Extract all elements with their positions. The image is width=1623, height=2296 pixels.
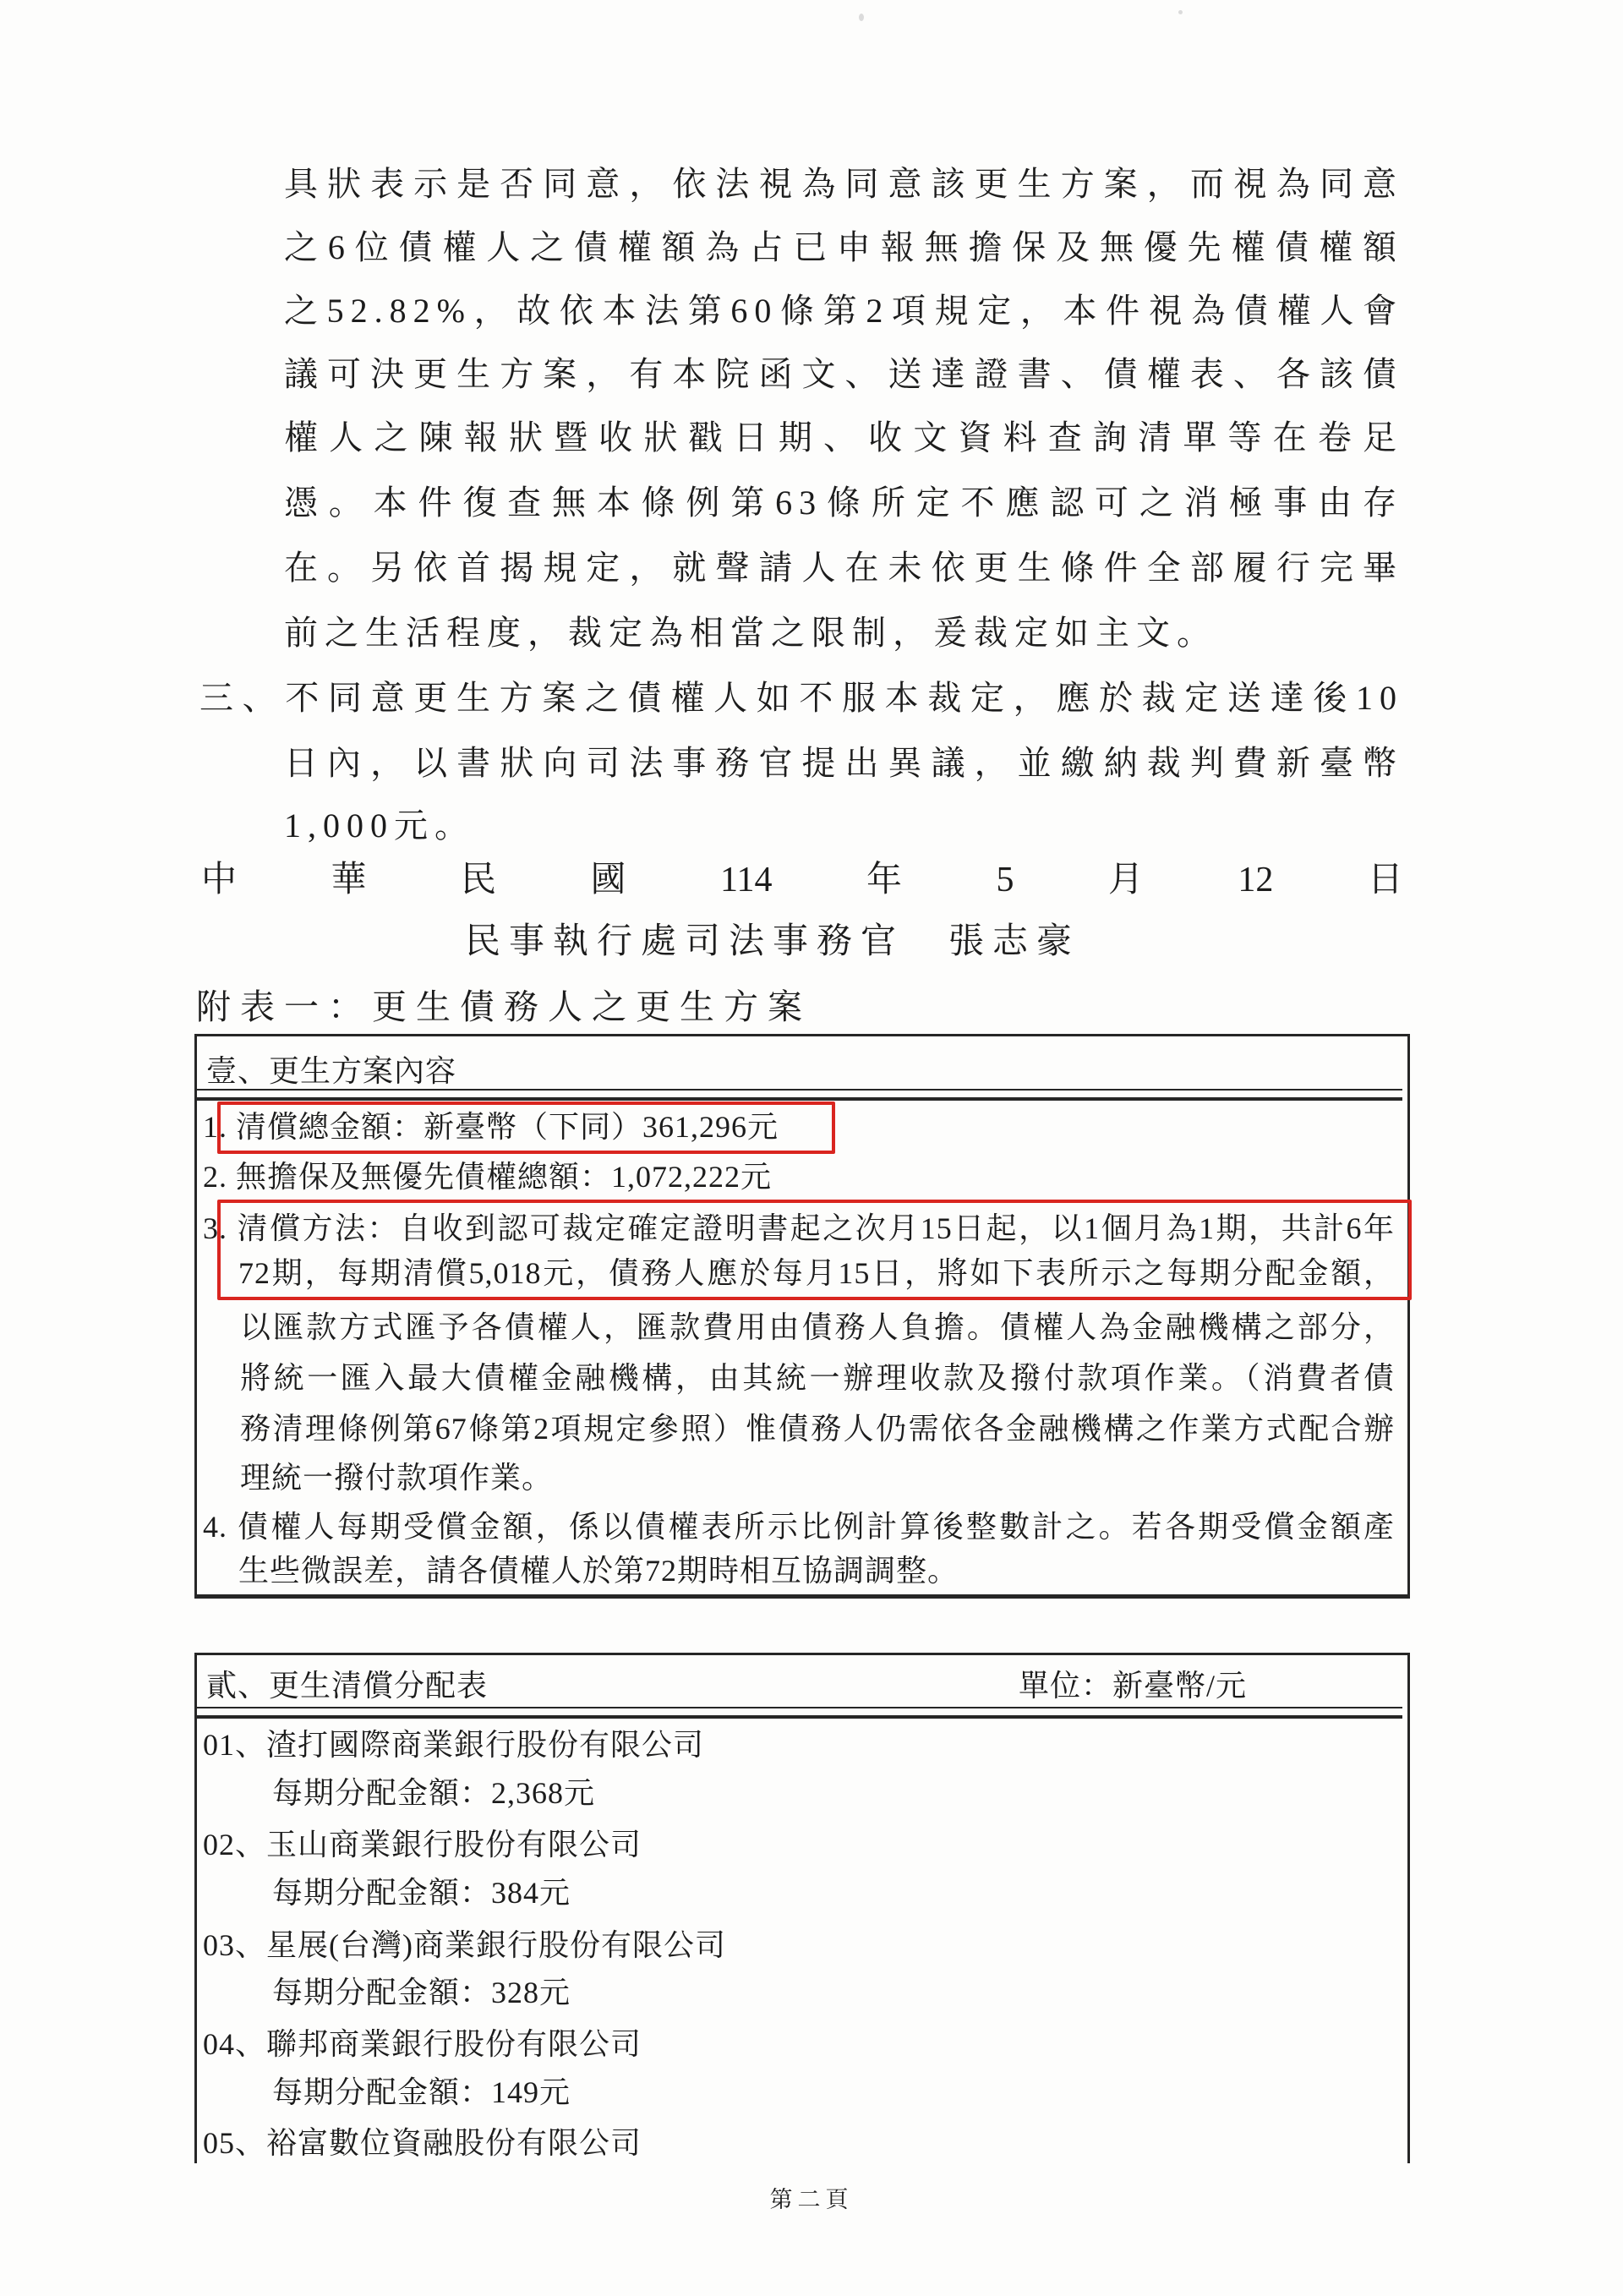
creditor-amount: 每期分配金額：384元 xyxy=(272,1873,571,1912)
table-header-rule xyxy=(197,1707,1402,1719)
creditor-row: 01、渣打國際商業銀行股份有限公司 xyxy=(203,1725,704,1764)
date-token: 華 xyxy=(331,858,367,902)
date-token-year: 114 xyxy=(720,858,772,902)
table-header-rule xyxy=(197,1089,1402,1101)
plan-item-method-line: 務清理條例第67條第2項規定參照）惟債務人仍需依各金融機構之作業方式配合辦 xyxy=(240,1409,1395,1448)
plan-table-title: 壹、更生方案內容 xyxy=(206,1052,456,1091)
creditor-row: 03、星展(台灣)商業銀行股份有限公司 xyxy=(203,1926,726,1965)
ruling-list-item-three: 三、不同意更生方案之債權人如不服本裁定，應於裁定送達後10 xyxy=(199,677,1403,719)
date-token: 中 xyxy=(201,858,237,902)
date-token-month: 5 xyxy=(996,858,1014,902)
creditor-amount: 每期分配金額：149元 xyxy=(272,2073,571,2112)
creditor-row: 05、裕富數位資融股份有限公司 xyxy=(203,2124,642,2162)
highlight-box-total-amount xyxy=(217,1102,835,1154)
ruling-text-line: 之52.82%，故依本法第60條第2項規定，本件視為債權人會 xyxy=(284,290,1403,332)
ruling-text-line: 在。另依首揭規定，就聲請人在未依更生條件全部履行完畢 xyxy=(284,547,1403,589)
ruling-text-line: 1,000元。 xyxy=(284,805,475,847)
scan-speck xyxy=(1178,10,1183,14)
ruling-text-line: 之6位債權人之債權額為占已申報無擔保及無優先權債權額 xyxy=(284,227,1403,269)
scan-speck xyxy=(859,14,864,21)
attachment-heading: 附表一：更生債務人之更生方案 xyxy=(196,985,811,1029)
plan-item-method-line: 以匯款方式匯予各債權人，匯款費用由債務人負擔。債權人為金融機構之部分， xyxy=(240,1308,1395,1347)
date-token: 月 xyxy=(1108,858,1144,902)
creditor-amount: 每期分配金額：2,368元 xyxy=(272,1774,595,1812)
plan-item-method-line: 理統一撥付款項作業。 xyxy=(240,1458,553,1497)
page-footer: 第二頁 xyxy=(0,2185,1623,2214)
plan-item-method-line: 將統一匯入最大債權金融機構，由其統一辦理收款及撥付款項作業。（消費者債 xyxy=(240,1358,1395,1397)
creditor-row: 02、玉山商業銀行股份有限公司 xyxy=(203,1825,642,1864)
date-token: 民 xyxy=(461,858,496,902)
date-line: 中 華 民 國 114 年 5 月 12 日 xyxy=(201,858,1403,902)
ruling-text-line: 權人之陳報狀暨收狀戳日期、收文資料查詢清單等在卷足 xyxy=(284,417,1403,459)
unit-label: 單位：新臺幣/元 xyxy=(1019,1666,1247,1705)
creditor-amount: 每期分配金額：328元 xyxy=(272,1973,571,2012)
distribution-table-title: 貳、更生清償分配表 xyxy=(206,1666,488,1705)
ruling-text-line: 議可決更生方案，有本院函文、送達證書、債權表、各該債 xyxy=(284,353,1403,396)
date-token: 年 xyxy=(866,858,902,902)
date-token: 國 xyxy=(591,858,626,902)
creditor-row: 04、聯邦商業銀行股份有限公司 xyxy=(203,2025,642,2064)
plan-item-unsecured-total: 2. 無擔保及無優先債權總額：1,072,222元 xyxy=(203,1157,772,1196)
clerk-signature-line: 民事執行處司法事務官 張志豪 xyxy=(465,920,1080,964)
plan-item-adjustment-line: 生些微誤差，請各債權人於第72期時相互協調調整。 xyxy=(238,1551,959,1590)
highlight-box-repayment-method xyxy=(217,1200,1412,1300)
date-token-day: 12 xyxy=(1238,858,1273,902)
ruling-text-line: 具狀表示是否同意，依法視為同意該更生方案，而視為同意 xyxy=(284,163,1403,205)
ruling-text-line: 日內，以書狀向司法事務官提出異議，並繳納裁判費新臺幣 xyxy=(284,742,1403,784)
document-page: 具狀表示是否同意，依法視為同意該更生方案，而視為同意 之6位債權人之債權額為占已… xyxy=(0,0,1623,2296)
plan-item-adjustment-line: 4. 債權人每期受償金額，係以債權表所示比例計算後整數計之。若各期受償金額產 xyxy=(203,1507,1395,1546)
ruling-text-line: 憑。本件復查無本條例第63條所定不應認可之消極事由存 xyxy=(284,482,1403,524)
date-token: 日 xyxy=(1368,858,1403,902)
ruling-text-line: 前之生活程度，裁定為相當之限制，爰裁定如主文。 xyxy=(284,612,1217,654)
